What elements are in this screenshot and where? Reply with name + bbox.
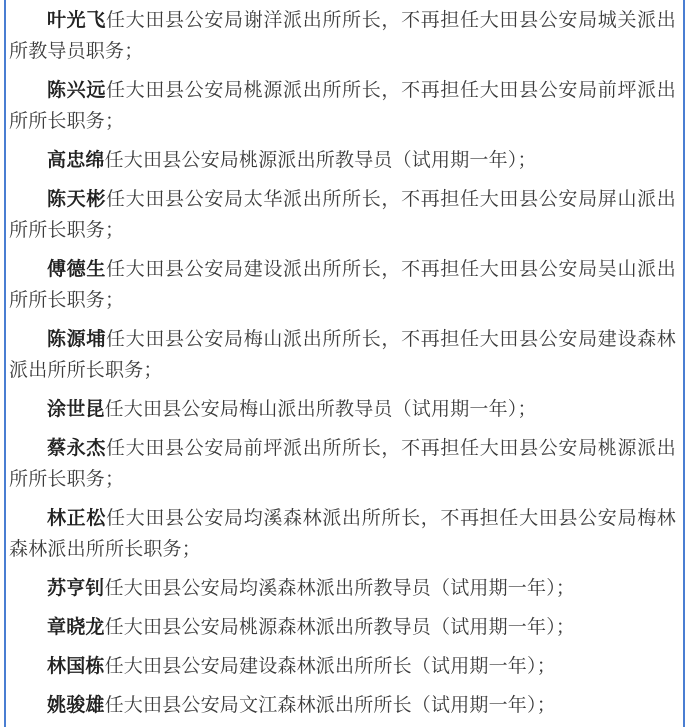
appointment-item: 林正松任大田县公安局均溪森林派出所所长，不再担任大田县公安局梅林森林派出所所长职… xyxy=(9,503,676,565)
appointment-item: 陈兴远任大田县公安局桃源派出所所长，不再担任大田县公安局前坪派出所所长职务； xyxy=(9,75,676,137)
appointment-text: 任大田县公安局太华派出所所长，不再担任大田县公安局屏山派出所所长职务； xyxy=(9,189,676,241)
person-name: 高忠绵 xyxy=(47,150,105,171)
appointment-text: 任大田县公安局谢洋派出所所长，不再担任大田县公安局城关派出所教导员职务； xyxy=(9,10,676,62)
person-name: 涂世昆 xyxy=(47,399,105,420)
appointment-text: 任大田县公安局均溪森林派出所教导员（试用期一年）； xyxy=(105,578,576,599)
appointment-item: 高忠绵任大田县公安局桃源派出所教导员（试用期一年）； xyxy=(9,145,676,176)
appointment-text: 任大田县公安局均溪森林派出所所长，不再担任大田县公安局梅林森林派出所所长职务； xyxy=(9,508,676,560)
appointment-item: 涂世昆任大田县公安局梅山派出所教导员（试用期一年）； xyxy=(9,394,676,425)
appointment-text: 任大田县公安局梅山派出所所长，不再担任大田县公安局建设森林派出所所长职务； xyxy=(9,329,676,381)
appointment-text: 任大田县公安局建设森林派出所所长（试用期一年）； xyxy=(105,656,556,677)
appointment-text: 任大田县公安局建设派出所所长，不再担任大田县公安局吴山派出所所长职务； xyxy=(9,259,676,311)
appointment-item: 陈天彬任大田县公安局太华派出所所长，不再担任大田县公安局屏山派出所所长职务； xyxy=(9,184,676,246)
appointment-item: 叶光飞任大田县公安局谢洋派出所所长，不再担任大田县公安局城关派出所教导员职务； xyxy=(9,5,676,67)
appointment-item: 蔡永杰任大田县公安局前坪派出所所长，不再担任大田县公安局桃源派出所所长职务； xyxy=(9,433,676,495)
appointment-text: 任大田县公安局桃源派出所所长，不再担任大田县公安局前坪派出所所长职务； xyxy=(9,80,676,132)
appointment-item: 傅德生任大田县公安局建设派出所所长，不再担任大田县公安局吴山派出所所长职务； xyxy=(9,254,676,316)
appointment-item: 苏亨钊任大田县公安局均溪森林派出所教导员（试用期一年）； xyxy=(9,573,676,604)
appointment-item: 陈源埔任大田县公安局梅山派出所所长，不再担任大田县公安局建设森林派出所所长职务； xyxy=(9,324,676,386)
appointment-item: 姚骏雄任大田县公安局文江森林派出所所长（试用期一年）； xyxy=(9,690,676,721)
appointment-text: 任大田县公安局梅山派出所教导员（试用期一年）； xyxy=(105,399,537,420)
appointment-text: 任大田县公安局桃源派出所教导员（试用期一年）； xyxy=(105,150,537,171)
person-name: 叶光飞 xyxy=(47,10,106,31)
appointment-text: 任大田县公安局文江森林派出所所长（试用期一年）； xyxy=(105,695,556,716)
person-name: 章晓龙 xyxy=(47,617,105,638)
appointment-item: 林国栋任大田县公安局建设森林派出所所长（试用期一年）； xyxy=(9,651,676,682)
appointment-text: 任大田县公安局前坪派出所所长，不再担任大田县公安局桃源派出所所长职务； xyxy=(9,438,676,490)
appointment-item: 章晓龙任大田县公安局桃源森林派出所教导员（试用期一年）； xyxy=(9,612,676,643)
appointment-text: 任大田县公安局桃源森林派出所教导员（试用期一年）； xyxy=(105,617,576,638)
person-name: 陈源埔 xyxy=(47,329,106,350)
person-name: 姚骏雄 xyxy=(47,695,105,716)
person-name: 苏亨钊 xyxy=(47,578,105,599)
person-name: 傅德生 xyxy=(47,259,106,280)
person-name: 陈天彬 xyxy=(47,189,106,210)
person-name: 林正松 xyxy=(47,508,106,529)
announcement-article: 叶光飞任大田县公安局谢洋派出所所长，不再担任大田县公安局城关派出所教导员职务； … xyxy=(4,0,685,727)
person-name: 陈兴远 xyxy=(47,80,106,101)
person-name: 林国栋 xyxy=(47,656,105,677)
person-name: 蔡永杰 xyxy=(47,438,106,459)
